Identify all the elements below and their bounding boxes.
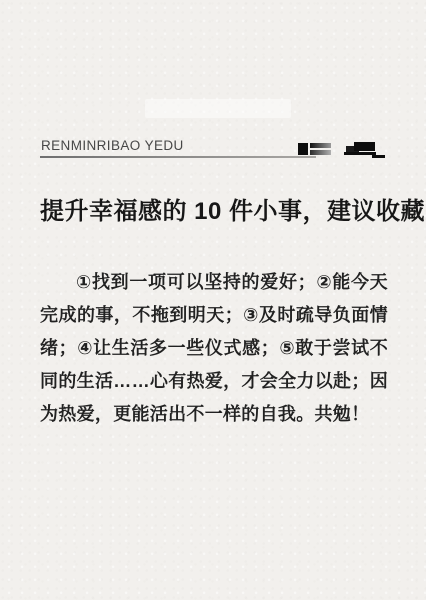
poster-card: RENMINRIBAO YEDU xyxy=(0,0,426,600)
watermark-patch xyxy=(145,99,291,118)
header: RENMINRIBAO YEDU xyxy=(40,138,388,160)
yedu-logo-icon xyxy=(294,139,388,159)
brand-label: RENMINRIBAO YEDU xyxy=(41,138,184,153)
header-rule xyxy=(40,156,316,158)
page-title: 提升幸福感的 10 件小事，建议收藏 xyxy=(40,196,390,228)
body-paragraph: ①找到一项可以坚持的爱好；②能今天完成的事，不拖到明天；③及时疏导负面情绪；④让… xyxy=(40,266,388,431)
